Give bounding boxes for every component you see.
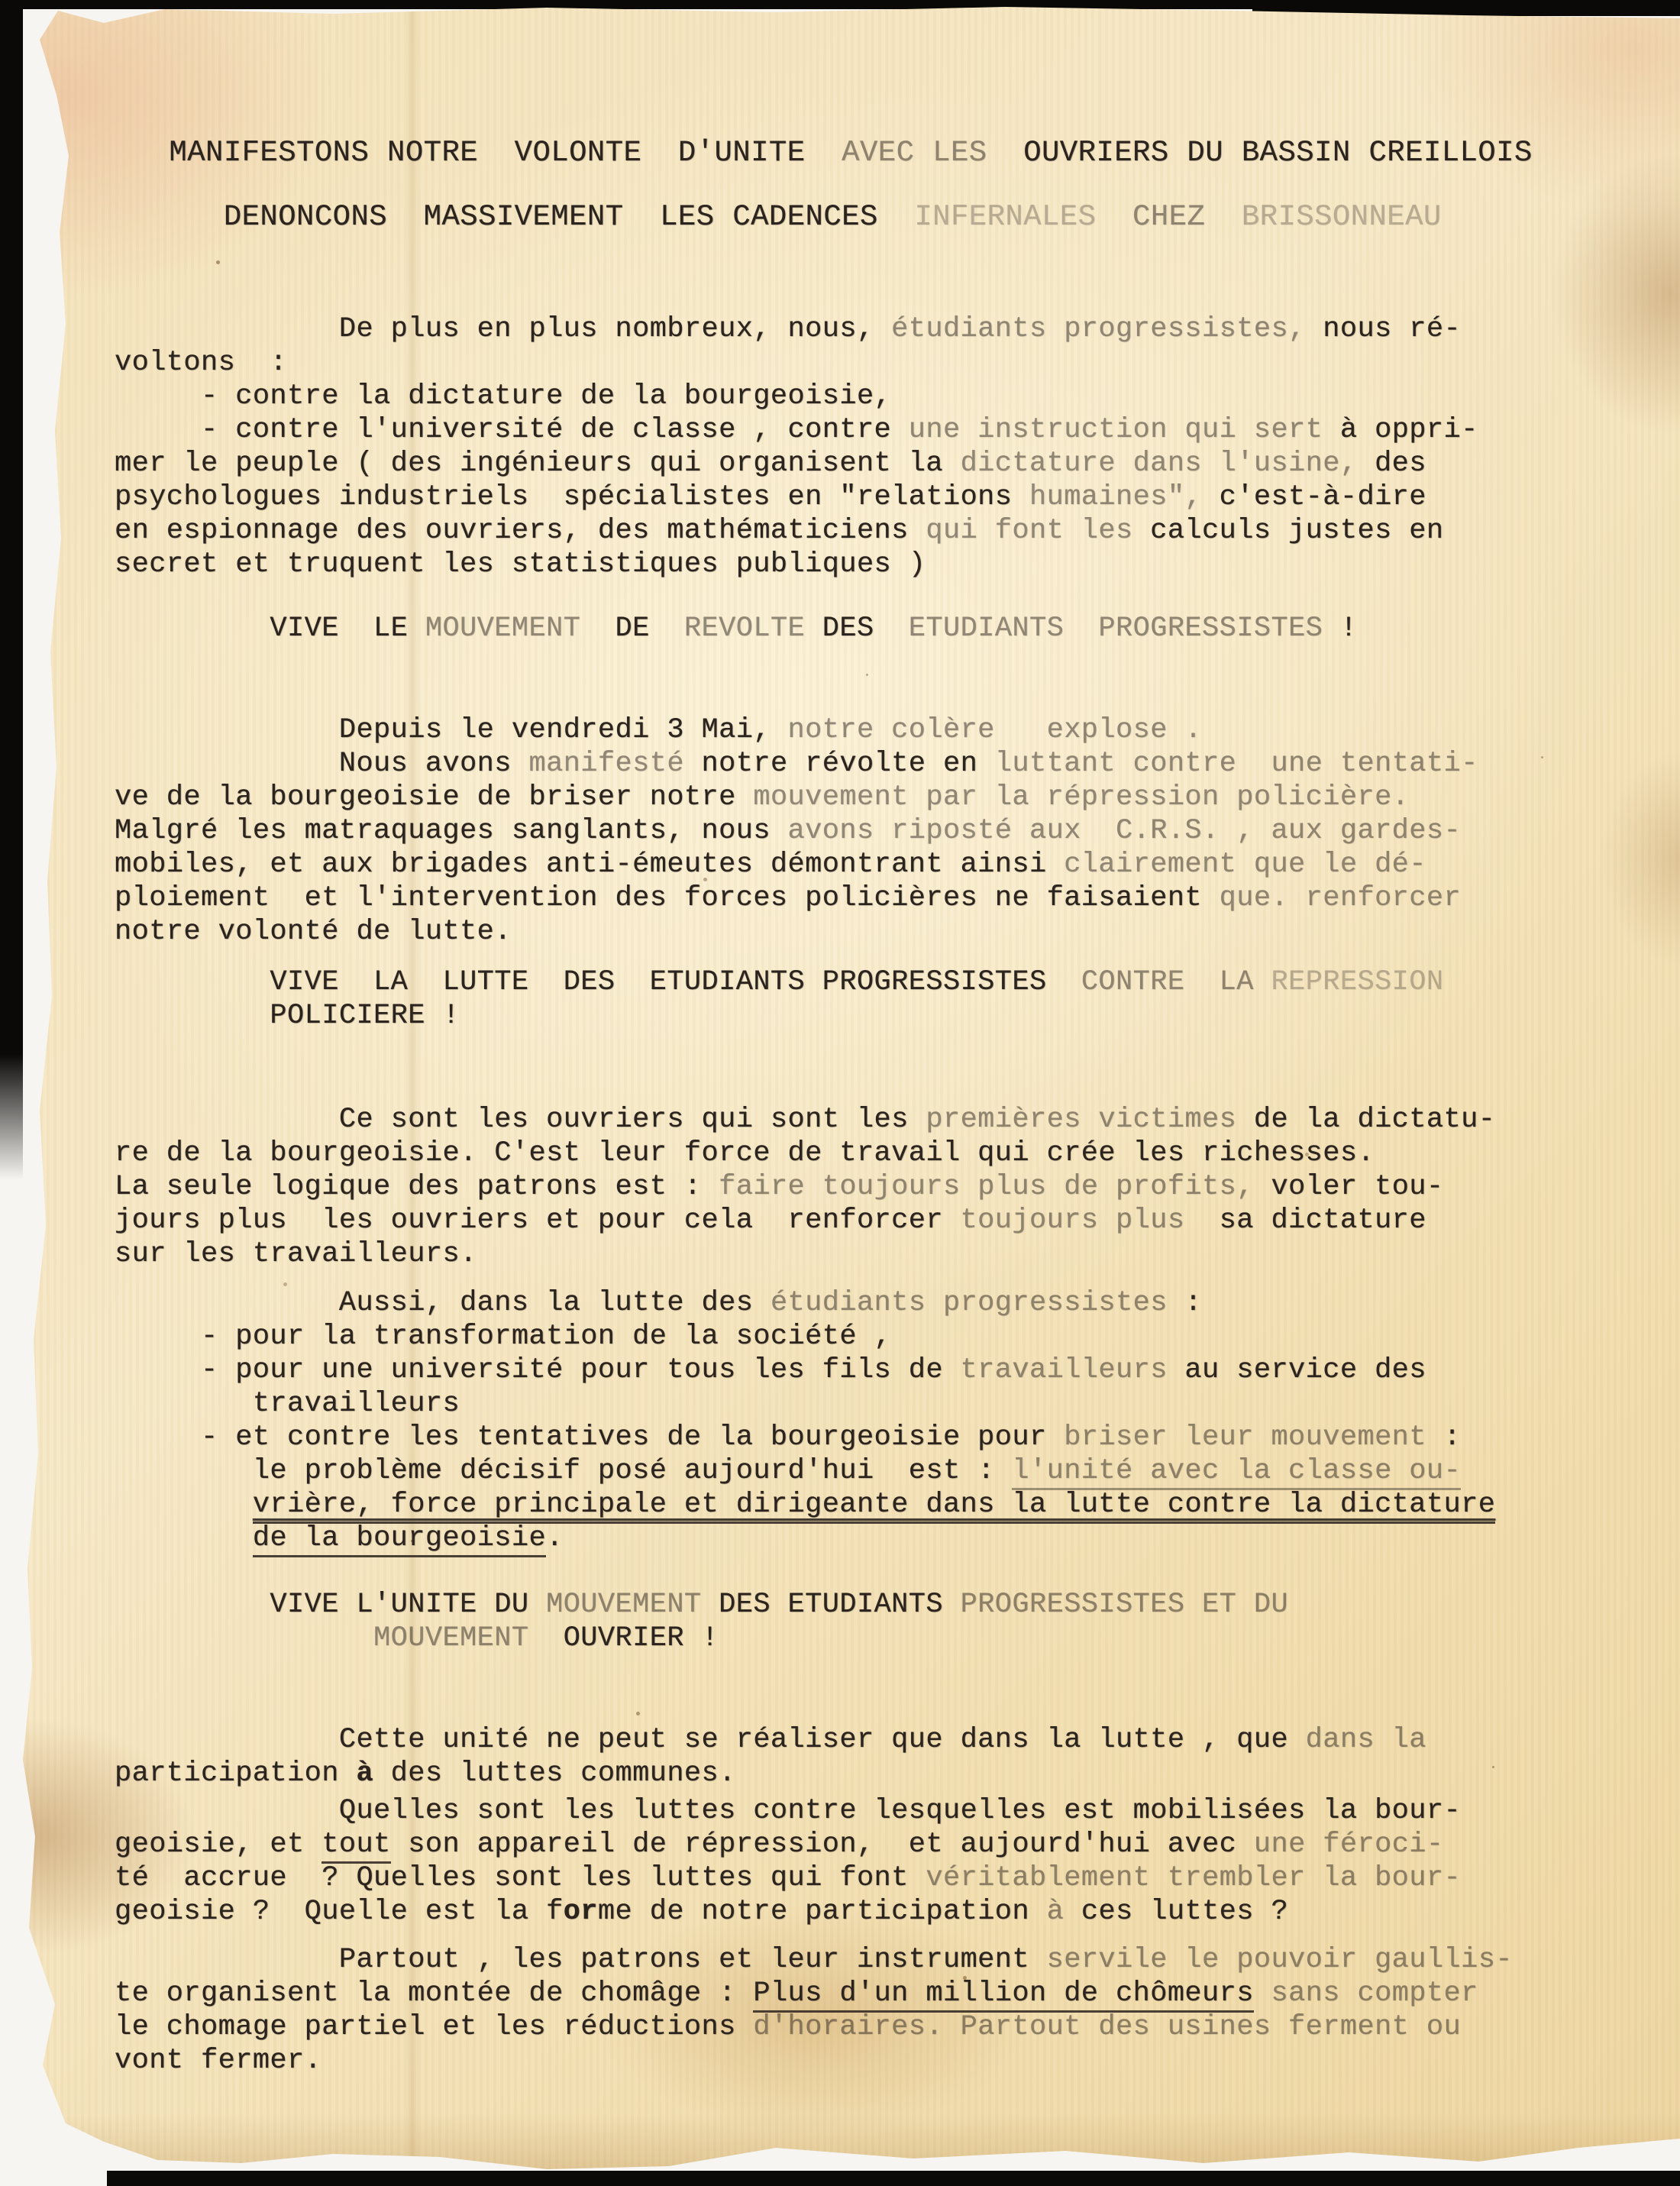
text-segment: à: [1047, 1896, 1065, 1928]
text-segment: INFERNALES: [914, 200, 1096, 234]
text-segment: geoisie ? Quelle est la f: [115, 1896, 564, 1928]
text-segment: sa dictature: [1184, 1205, 1426, 1237]
text-line: VIVE LA LUTTE DES ETUDIANTS PROGRESSISTE…: [115, 965, 1444, 999]
text-segment: [115, 1522, 253, 1554]
text-segment: des luttes communes.: [373, 1758, 736, 1790]
text-segment: dictature dans l'usine,: [961, 448, 1358, 480]
text-segment: [1254, 1977, 1271, 2010]
text-line: MOUVEMENT OUVRIER !: [115, 1622, 1288, 1655]
text-line: Depuis le vendredi 3 Mai, notre colère e…: [115, 713, 1478, 747]
title-line-1: MANIFESTONS NOTRE VOLONTE D'UNITE AVEC L…: [115, 136, 1533, 170]
text-segment: clairement que le dé-: [1064, 849, 1426, 881]
text-line: re de la bourgeoisie. C'est leur force d…: [115, 1137, 1495, 1170]
text-segment: le chomage partiel et les réductions: [115, 2011, 753, 2043]
paragraph-quelles-luttes: Quelles sont les luttes contre lesquelle…: [115, 1794, 1461, 1929]
text-segment: d'horaires. Partout des usines ferment o…: [753, 2011, 1461, 2043]
text-segment: VIVE LE: [115, 613, 425, 645]
text-segment: de la bourgeoisie: [253, 1522, 546, 1557]
text-segment: Malgré les matraquages sanglants, nous: [115, 815, 788, 847]
text-segment: notre colère explose .: [788, 714, 1203, 746]
text-segment: - contre la dictature de la bourgeoisie,: [115, 380, 891, 412]
text-segment: dans la: [1306, 1724, 1426, 1756]
text-segment: Nous avons: [115, 748, 529, 780]
text-line: mobiles, et aux brigades anti-émeutes dé…: [115, 848, 1478, 881]
text-segment: MANIFESTONS NOTRE VOLONTE D'UNITE: [115, 136, 842, 170]
text-segment: te organisent la montée de chomâge :: [115, 1977, 753, 2010]
text-segment: !: [1323, 613, 1357, 645]
text-line: jours plus les ouvriers et pour cela ren…: [115, 1204, 1495, 1237]
text-segment: qui font les: [926, 515, 1132, 547]
text-segment: PROGRESSISTES ET DU: [961, 1589, 1288, 1621]
text-line: POLICIERE !: [115, 999, 1444, 1033]
text-segment: [115, 1622, 373, 1654]
text-segment: étudiants progressistes,: [891, 313, 1306, 345]
text-line: le chomage partiel et les réductions d'h…: [115, 2010, 1513, 2044]
text-segment: geoisie, et: [115, 1829, 321, 1861]
text-segment: OUVRIERS DU BASSIN CREILLOIS: [987, 136, 1533, 170]
paragraph-partout-chomage: Partout , les patrons et leur instrument…: [115, 1943, 1513, 2078]
text-segment: :: [1168, 1287, 1202, 1319]
text-segment: Partout , les patrons et leur instrument: [115, 1944, 1047, 1976]
text-line: geoisie ? Quelle est la forme de notre p…: [115, 1895, 1461, 1929]
text-line: de la bourgeoisie.: [115, 1521, 1495, 1555]
scanner-background-bottom: [107, 2171, 1680, 2186]
text-line: - et contre les tentatives de la bourgeo…: [115, 1421, 1495, 1454]
text-segment: ve de la bourgeoisie de briser notre: [115, 781, 753, 813]
text-segment: ETUDIANTS PROGRESSISTES: [909, 613, 1323, 645]
text-segment: or: [564, 1896, 598, 1928]
text-line: Partout , les patrons et leur instrument…: [115, 1943, 1513, 1977]
text-line: participation à des luttes communes.: [115, 1757, 1426, 1790]
text-segment: calculs justes en: [1133, 515, 1444, 547]
text-segment: à oppri-: [1323, 414, 1478, 446]
intro-paragraph: De plus en plus nombreux, nous, étudiant…: [115, 312, 1478, 581]
text-segment: OUVRIER !: [529, 1622, 719, 1654]
text-line: VIVE LE MOUVEMENT DE REVOLTE DES ETUDIAN…: [115, 612, 1358, 645]
text-segment: de la dictatu-: [1236, 1104, 1495, 1136]
text-segment: c'est-à-dire: [1202, 481, 1426, 513]
text-segment: voltons :: [115, 347, 287, 379]
text-segment: luttant contre une tentati-: [995, 748, 1478, 780]
text-segment: MOUVEMENT: [373, 1622, 528, 1654]
paragraph-ouvriers: Ce sont les ouvriers qui sont les premiè…: [115, 1103, 1495, 1271]
text-line: Aussi, dans la lutte des étudiants progr…: [115, 1286, 1495, 1320]
text-segment: une instruction qui sert: [909, 414, 1323, 446]
text-segment: voler tou-: [1254, 1171, 1444, 1203]
slogan-revolte: VIVE LE MOUVEMENT DE REVOLTE DES ETUDIAN…: [115, 612, 1358, 645]
text-segment: manifesté: [529, 748, 684, 780]
text-segment: CONTRE LA: [1081, 966, 1271, 998]
text-segment: VIVE LA LUTTE DES ETUDIANTS PROGRESSISTE…: [115, 966, 1081, 998]
text-segment: AVEC LES: [842, 136, 987, 170]
text-segment: une féroci-: [1254, 1829, 1444, 1861]
paragraph-aussi-list: Aussi, dans la lutte des étudiants progr…: [115, 1286, 1495, 1555]
text-segment: - pour une université pour tous les fils…: [115, 1354, 961, 1386]
paper-sheet: MANIFESTONS NOTRE VOLONTE D'UNITE AVEC L…: [12, 3, 1680, 2181]
text-segment: REPRESSION: [1271, 966, 1443, 998]
text-segment: en espionnage des ouvriers, des mathémat…: [115, 515, 926, 547]
text-segment: vont fermer.: [115, 2045, 321, 2077]
text-segment: humaines",: [1029, 481, 1202, 513]
text-line: Nous avons manifesté notre révolte en lu…: [115, 747, 1478, 781]
text-line: travailleurs: [115, 1387, 1495, 1421]
slogan-lutte-repression: VIVE LA LUTTE DES ETUDIANTS PROGRESSISTE…: [115, 965, 1444, 1033]
text-line: De plus en plus nombreux, nous, étudiant…: [115, 312, 1478, 346]
text-segment: mer le peuple ( des ingénieurs qui organ…: [115, 448, 961, 480]
text-line: sur les travailleurs.: [115, 1237, 1495, 1271]
text-segment: des: [1357, 448, 1426, 480]
text-line: voltons :: [115, 346, 1478, 380]
text-segment: MOUVEMENT: [425, 613, 580, 645]
text-line: VIVE L'UNITE DU MOUVEMENT DES ETUDIANTS …: [115, 1588, 1288, 1622]
text-segment: notre révolte en: [684, 748, 995, 780]
text-line: vont fermer.: [115, 2044, 1513, 2078]
text-line: - pour la transformation de la société ,: [115, 1320, 1495, 1353]
text-line: - contre l'université de classe , contre…: [115, 413, 1478, 447]
text-segment: notre volonté de lutte.: [115, 916, 512, 948]
text-segment: .: [546, 1522, 564, 1554]
text-segment: psychologues industriels spécialistes en…: [115, 481, 1029, 513]
slogan-unite: VIVE L'UNITE DU MOUVEMENT DES ETUDIANTS …: [115, 1588, 1288, 1655]
scanned-leaflet-page: { "meta": { "kind": "scanned typewritten…: [0, 0, 1680, 2186]
text-segment: étudiants progressistes: [771, 1287, 1168, 1319]
text-segment: sur les travailleurs.: [115, 1238, 477, 1270]
text-segment: travailleurs: [961, 1354, 1168, 1386]
text-segment: au service des: [1168, 1354, 1426, 1386]
text-segment: POLICIERE !: [115, 1000, 460, 1032]
text-segment: briser leur mouvement: [1064, 1421, 1426, 1454]
text-segment: me de notre participation: [598, 1896, 1047, 1928]
text-segment: La seule logique des patrons est :: [115, 1171, 719, 1203]
text-segment: Cette unité ne peut se réaliser que dans…: [115, 1724, 1306, 1756]
text-segment: :: [1426, 1421, 1461, 1454]
text-segment: MOUVEMENT: [546, 1589, 701, 1621]
text-segment: ces luttes ?: [1064, 1896, 1288, 1928]
text-segment: Ce sont les ouvriers qui sont les: [115, 1104, 926, 1136]
text-segment: Quelles sont les luttes contre lesquelle…: [115, 1795, 1461, 1827]
text-segment: faire toujours plus de profits,: [719, 1171, 1254, 1203]
text-segment: que. renforcer: [1220, 882, 1461, 914]
text-segment: sans compter: [1271, 1977, 1478, 2010]
text-line: - contre la dictature de la bourgeoisie,: [115, 380, 1478, 413]
text-line: geoisie, et tout son appareil de répress…: [115, 1828, 1461, 1861]
text-line: - pour une université pour tous les fils…: [115, 1353, 1495, 1387]
text-segment: [1096, 200, 1132, 234]
text-segment: DES ETUDIANTS: [702, 1589, 961, 1621]
text-segment: - contre l'université de classe , contre: [115, 414, 909, 446]
text-line: Cette unité ne peut se réaliser que dans…: [115, 1723, 1426, 1757]
text-line: MANIFESTONS NOTRE VOLONTE D'UNITE AVEC L…: [115, 136, 1533, 170]
text-line: mer le peuple ( des ingénieurs qui organ…: [115, 447, 1478, 480]
text-line: té accrue ? Quelles sont les luttes qui …: [115, 1861, 1461, 1895]
text-line: Malgré les matraquages sanglants, nous a…: [115, 814, 1478, 848]
text-segment: travailleurs: [115, 1388, 460, 1420]
text-segment: à: [356, 1758, 373, 1790]
text-segment: CHEZ: [1132, 200, 1205, 234]
text-segment: nous ré-: [1306, 313, 1461, 345]
text-line: Quelles sont les luttes contre lesquelle…: [115, 1794, 1461, 1828]
text-segment: DES: [805, 613, 909, 645]
text-segment: mobiles, et aux brigades anti-émeutes dé…: [115, 849, 1064, 881]
text-segment: servile le pouvoir gaullis-: [1047, 1944, 1513, 1976]
text-segment: avons riposté aux C.R.S. , aux gardes-: [788, 815, 1462, 847]
text-segment: - pour la transformation de la société ,: [115, 1321, 891, 1353]
text-segment: le problème décisif posé aujourd'hui est…: [115, 1455, 1012, 1487]
text-segment: premières victimes: [926, 1104, 1236, 1136]
scanner-background-left: [0, 0, 23, 1192]
text-segment: DE: [580, 613, 684, 645]
text-segment: son appareil de répression, et aujourd'h…: [391, 1829, 1254, 1861]
text-segment: De plus en plus nombreux, nous,: [115, 313, 891, 345]
text-line: vrière, force principale et dirigeante d…: [115, 1488, 1495, 1521]
text-line: psychologues industriels spécialistes en…: [115, 480, 1478, 514]
text-segment: l'unité avec la classe ou-: [1012, 1455, 1461, 1490]
paragraph-unite-lutte: Cette unité ne peut se réaliser que dans…: [115, 1723, 1426, 1790]
text-line: secret et truquent les statistiques publ…: [115, 548, 1478, 581]
title-line-2: DENONCONS MASSIVEMENT LES CADENCES INFER…: [115, 200, 1442, 234]
text-line: La seule logique des patrons est : faire…: [115, 1170, 1495, 1204]
text-line: Ce sont les ouvriers qui sont les premiè…: [115, 1103, 1495, 1137]
text-segment: secret et truquent les statistiques publ…: [115, 548, 926, 580]
text-segment: toujours plus: [961, 1205, 1185, 1237]
text-segment: - et contre les tentatives de la bourgeo…: [115, 1421, 1064, 1454]
text-segment: [115, 1489, 253, 1521]
text-line: notre volonté de lutte.: [115, 915, 1478, 949]
text-segment: véritablement trembler la bour-: [926, 1862, 1461, 1894]
text-line: en espionnage des ouvriers, des mathémat…: [115, 514, 1478, 548]
text-line: ve de la bourgeoisie de briser notre mou…: [115, 781, 1478, 814]
text-segment: participation: [115, 1758, 356, 1790]
text-segment: DENONCONS MASSIVEMENT LES CADENCES: [115, 200, 914, 234]
paragraph-3-mai: Depuis le vendredi 3 Mai, notre colère e…: [115, 713, 1478, 949]
text-line: le problème décisif posé aujourd'hui est…: [115, 1454, 1495, 1488]
text-segment: vrière, force principale et dirigeante d…: [253, 1489, 1495, 1524]
text-segment: BRISSONNEAU: [1242, 200, 1442, 234]
text-segment: tout: [321, 1829, 390, 1864]
text-segment: REVOLTE: [684, 613, 805, 645]
text-segment: té accrue ? Quelles sont les luttes qui …: [115, 1862, 926, 1894]
text-line: ploiement et l'intervention des forces p…: [115, 881, 1478, 915]
text-segment: re de la bourgeoisie. C'est leur force d…: [115, 1137, 1375, 1169]
text-segment: [1205, 200, 1242, 234]
text-segment: jours plus les ouvriers et pour cela ren…: [115, 1205, 961, 1237]
text-line: DENONCONS MASSIVEMENT LES CADENCES INFER…: [115, 200, 1442, 234]
text-segment: VIVE L'UNITE DU: [115, 1589, 546, 1621]
text-segment: Aussi, dans la lutte des: [115, 1287, 771, 1319]
text-segment: Depuis le vendredi 3 Mai,: [115, 714, 788, 746]
text-segment: mouvement par la répression policière.: [753, 781, 1409, 813]
text-segment: ploiement et l'intervention des forces p…: [115, 882, 1220, 914]
text-segment: Plus d'un million de chômeurs: [753, 1977, 1254, 2013]
text-line: te organisent la montée de chomâge : Plu…: [115, 1977, 1513, 2010]
